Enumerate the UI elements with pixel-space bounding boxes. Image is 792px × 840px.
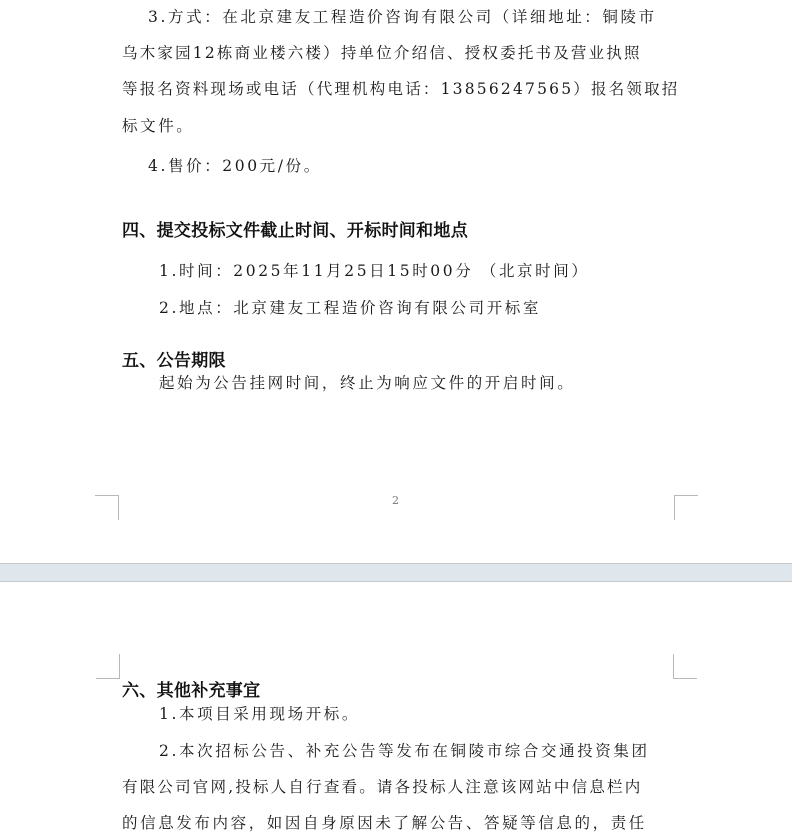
- section-heading-4: 四、提交投标文件截止时间、开标时间和地点: [122, 221, 468, 241]
- section4-item1-time: 1.时间：2025年11月25日15时00分 （北京时间）: [159, 261, 589, 281]
- margin-marker-top-right: [673, 654, 697, 679]
- section5-body: 起始为公告挂网时间，终止为响应文件的开启时间。: [159, 373, 575, 393]
- paragraph-item4-price: 4.售价：200元/份。: [148, 156, 322, 176]
- paragraph-item3-line3: 等报名资料现场或电话（代理机构电话：13856247565）报名领取招: [122, 79, 679, 99]
- section6-item2-line1: 2.本次招标公告、补充公告等发布在铜陵市综合交通投资集团: [159, 741, 650, 761]
- page-number: 2: [392, 494, 399, 507]
- paragraph-item3-line2: 乌木家园12栋商业楼六楼）持单位介绍信、授权委托书及营业执照: [122, 43, 642, 63]
- paragraph-item3-line1: 3.方式：在北京建友工程造价咨询有限公司（详细地址：铜陵市: [148, 7, 657, 27]
- margin-marker-bottom-left: [95, 495, 119, 520]
- document-page-2: 3.方式：在北京建友工程造价咨询有限公司（详细地址：铜陵市 乌木家园12栋商业楼…: [0, 0, 792, 563]
- section4-item2-place: 2.地点：北京建友工程造价咨询有限公司开标室: [159, 298, 541, 318]
- margin-marker-top-left: [96, 654, 120, 679]
- section-heading-6: 六、其他补充事宜: [122, 681, 260, 701]
- page-separator: [0, 563, 792, 582]
- margin-marker-bottom-right: [674, 495, 698, 520]
- section6-item2-line2: 有限公司官网,投标人自行查看。请各投标人注意该网站中信息栏内: [122, 777, 642, 797]
- paragraph-item3-line4: 标文件。: [122, 116, 194, 136]
- section-heading-5: 五、公告期限: [122, 351, 226, 371]
- section6-item1: 1.本项目采用现场开标。: [159, 704, 360, 724]
- section6-item2-line3: 的信息发布内容，如因自身原因未了解公告、答疑等信息的，责任: [122, 813, 647, 833]
- document-page-3: 六、其他补充事宜 1.本项目采用现场开标。 2.本次招标公告、补充公告等发布在铜…: [0, 582, 792, 840]
